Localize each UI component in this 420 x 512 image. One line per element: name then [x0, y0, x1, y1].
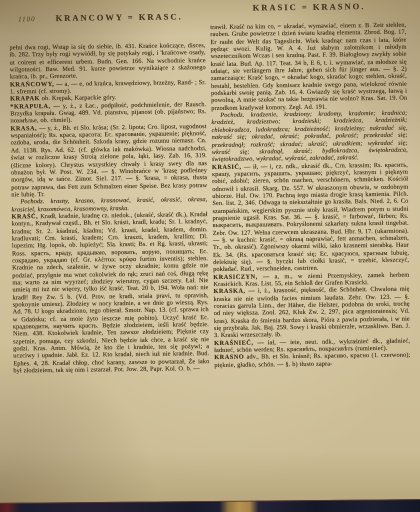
- column-right: trawił. Kraść na kim co, = ukradać, wyma…: [210, 22, 411, 472]
- entry-text: Pochodz. kradzenie, kradziony; kradomy, …: [211, 110, 407, 163]
- entry-text: — ił, — i, cz. ndk., ukrasić dk., Crn. k…: [212, 161, 409, 273]
- entry-continuation: pełni dwa rogi, Wstąp ia się do siebie, …: [9, 42, 205, 81]
- entry-headword: KRASKA,: [213, 288, 245, 295]
- entry-text: adv., Bh. et Slo. krásně; Rs. красиво, к…: [214, 352, 410, 369]
- entry-headword: KRAPAK: [10, 95, 40, 102]
- entry-krasic: KRASIĆ, — ił, — i, cz. ndk., ukrasić dk.…: [212, 161, 409, 274]
- entry-text: Kradł, kradnie, kradnę cz. niedok., (ukr…: [12, 211, 210, 375]
- entry-krasno: KRASNO adv., Bh. et Slo. krásně; Rs. кра…: [214, 352, 410, 369]
- entry-headword: KRASIĆ,: [212, 163, 242, 170]
- running-head-right: KRASIC = KRASNO.: [225, 1, 393, 13]
- running-head-left: KRANCOWY = KRASC.: [39, 11, 199, 23]
- entry-krapula: *KRAPUŁA, — y, ż., z Łac., podpiłość, po…: [10, 101, 206, 125]
- entry-krasa: KRASA, — y, ż., Bh. et Slo. krása; (Sr. …: [10, 123, 207, 199]
- entry-kraska: KRASKA, — i, ż., krasność, piękność, die…: [213, 286, 410, 340]
- entry-headword: KRASNO: [214, 354, 244, 361]
- entry-text: — y, ż., Bh. et Slo. krása; (Sr. 2. lipo…: [10, 123, 207, 198]
- scanned-dictionary-page: 1100 KRANCOWY = KRASC. KRASIC = KRASNO. …: [0, 0, 420, 512]
- column-left: pełni dwa rogi, Wstąp ia się do siebie, …: [9, 42, 210, 474]
- entry-headword: KRASA,: [10, 125, 37, 132]
- page-number: 1100: [18, 15, 36, 23]
- entry-continuation: trawił. Kraść na kim co, = ukradać, wyma…: [210, 22, 407, 113]
- entry-text: trawił. Kraść na kim co, = ukradać, wyma…: [210, 22, 407, 112]
- entry-headword: KRAŚĆ,: [11, 213, 38, 220]
- entry-text: pełni dwa rogi, Wstąp ia się do siebie, …: [9, 42, 205, 81]
- page-content: 1100 KRANCOWY = KRASC. KRASIC = KRASNO. …: [0, 0, 420, 512]
- entry-derivatives: Pochodz. kradzenie, kradziony; kradomy, …: [211, 110, 408, 164]
- entry-krasc: KRAŚĆ, Kradł, kradnie, kradnę cz. niedok…: [11, 211, 209, 375]
